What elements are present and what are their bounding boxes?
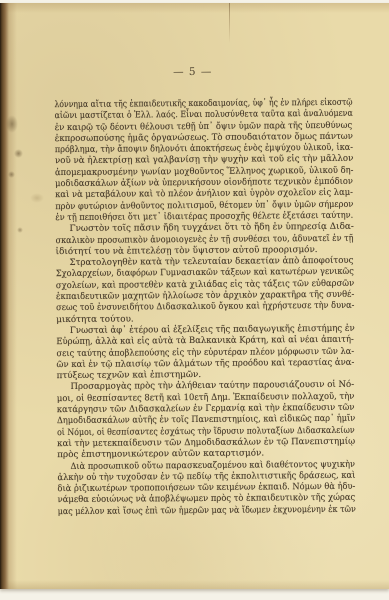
page-content: — 5 — λόννημα αἴτια τῆς ἐκπαιδευτικῆς κα… bbox=[0, 1, 389, 590]
paragraph-3: Στρατολογηθὲν κατὰ τὴν τελευταίαν δεκαετ… bbox=[56, 256, 355, 326]
text-line: ῶν καὶ ἐν τῷ πλαισίῳ τῶν ἀλμάτων τῆς προ… bbox=[56, 358, 343, 372]
paragraph-4: Γνωσταὶ ἀφ᾽ ἑτέρου αἱ ἐξελίξεις τῆς παιδ… bbox=[56, 324, 354, 383]
text-line: μας μέλλον καὶ ἴσως ἐπὶ τῶν ἡμερῶν μας ν… bbox=[58, 505, 329, 518]
page-text: λόννημα αἴτια τῆς ἐκπαιδευτικῆς κακοδαιμ… bbox=[54, 98, 355, 518]
book-page: — 5 — λόννημα αἴτια τῆς ἐκπαιδευτικῆς κα… bbox=[0, 3, 389, 589]
text-line: ἐν τῇ πεποιθήσει ὅτι μετ᾽ ἰδιαιτέρας προ… bbox=[55, 211, 332, 224]
page-number: — 5 — bbox=[0, 64, 387, 79]
text-line: σκαλικὸν προσωπικὸν ἀνομοιογενὲς ἐν τῇ σ… bbox=[56, 233, 330, 246]
paragraph-6: Διὰ προσωπικοῦ οὕτω παρασκευαζομένου καὶ… bbox=[57, 459, 355, 518]
paragraph-1: λόννημα αἴτια τῆς ἐκπαιδευτικῆς κακοδαιμ… bbox=[54, 98, 353, 225]
text-line: καὶ τὴν μετεκπαίδευσιν τῶν Δημοδιδασκάλω… bbox=[57, 437, 350, 451]
text-line: σεως τοῦ ἐνσυνειδήτου Διδασκαλικοῦ ὄγκου… bbox=[56, 301, 334, 314]
paragraph-2: Γνωστὸν τοῖς πᾶσιν ἤδη τυγχάνει ὅτι τὸ ἤ… bbox=[55, 222, 353, 258]
paragraph-5: Προσαρμογὰς πρὸς τὴν ἀλήθειαν ταύτην παρ… bbox=[57, 380, 356, 461]
